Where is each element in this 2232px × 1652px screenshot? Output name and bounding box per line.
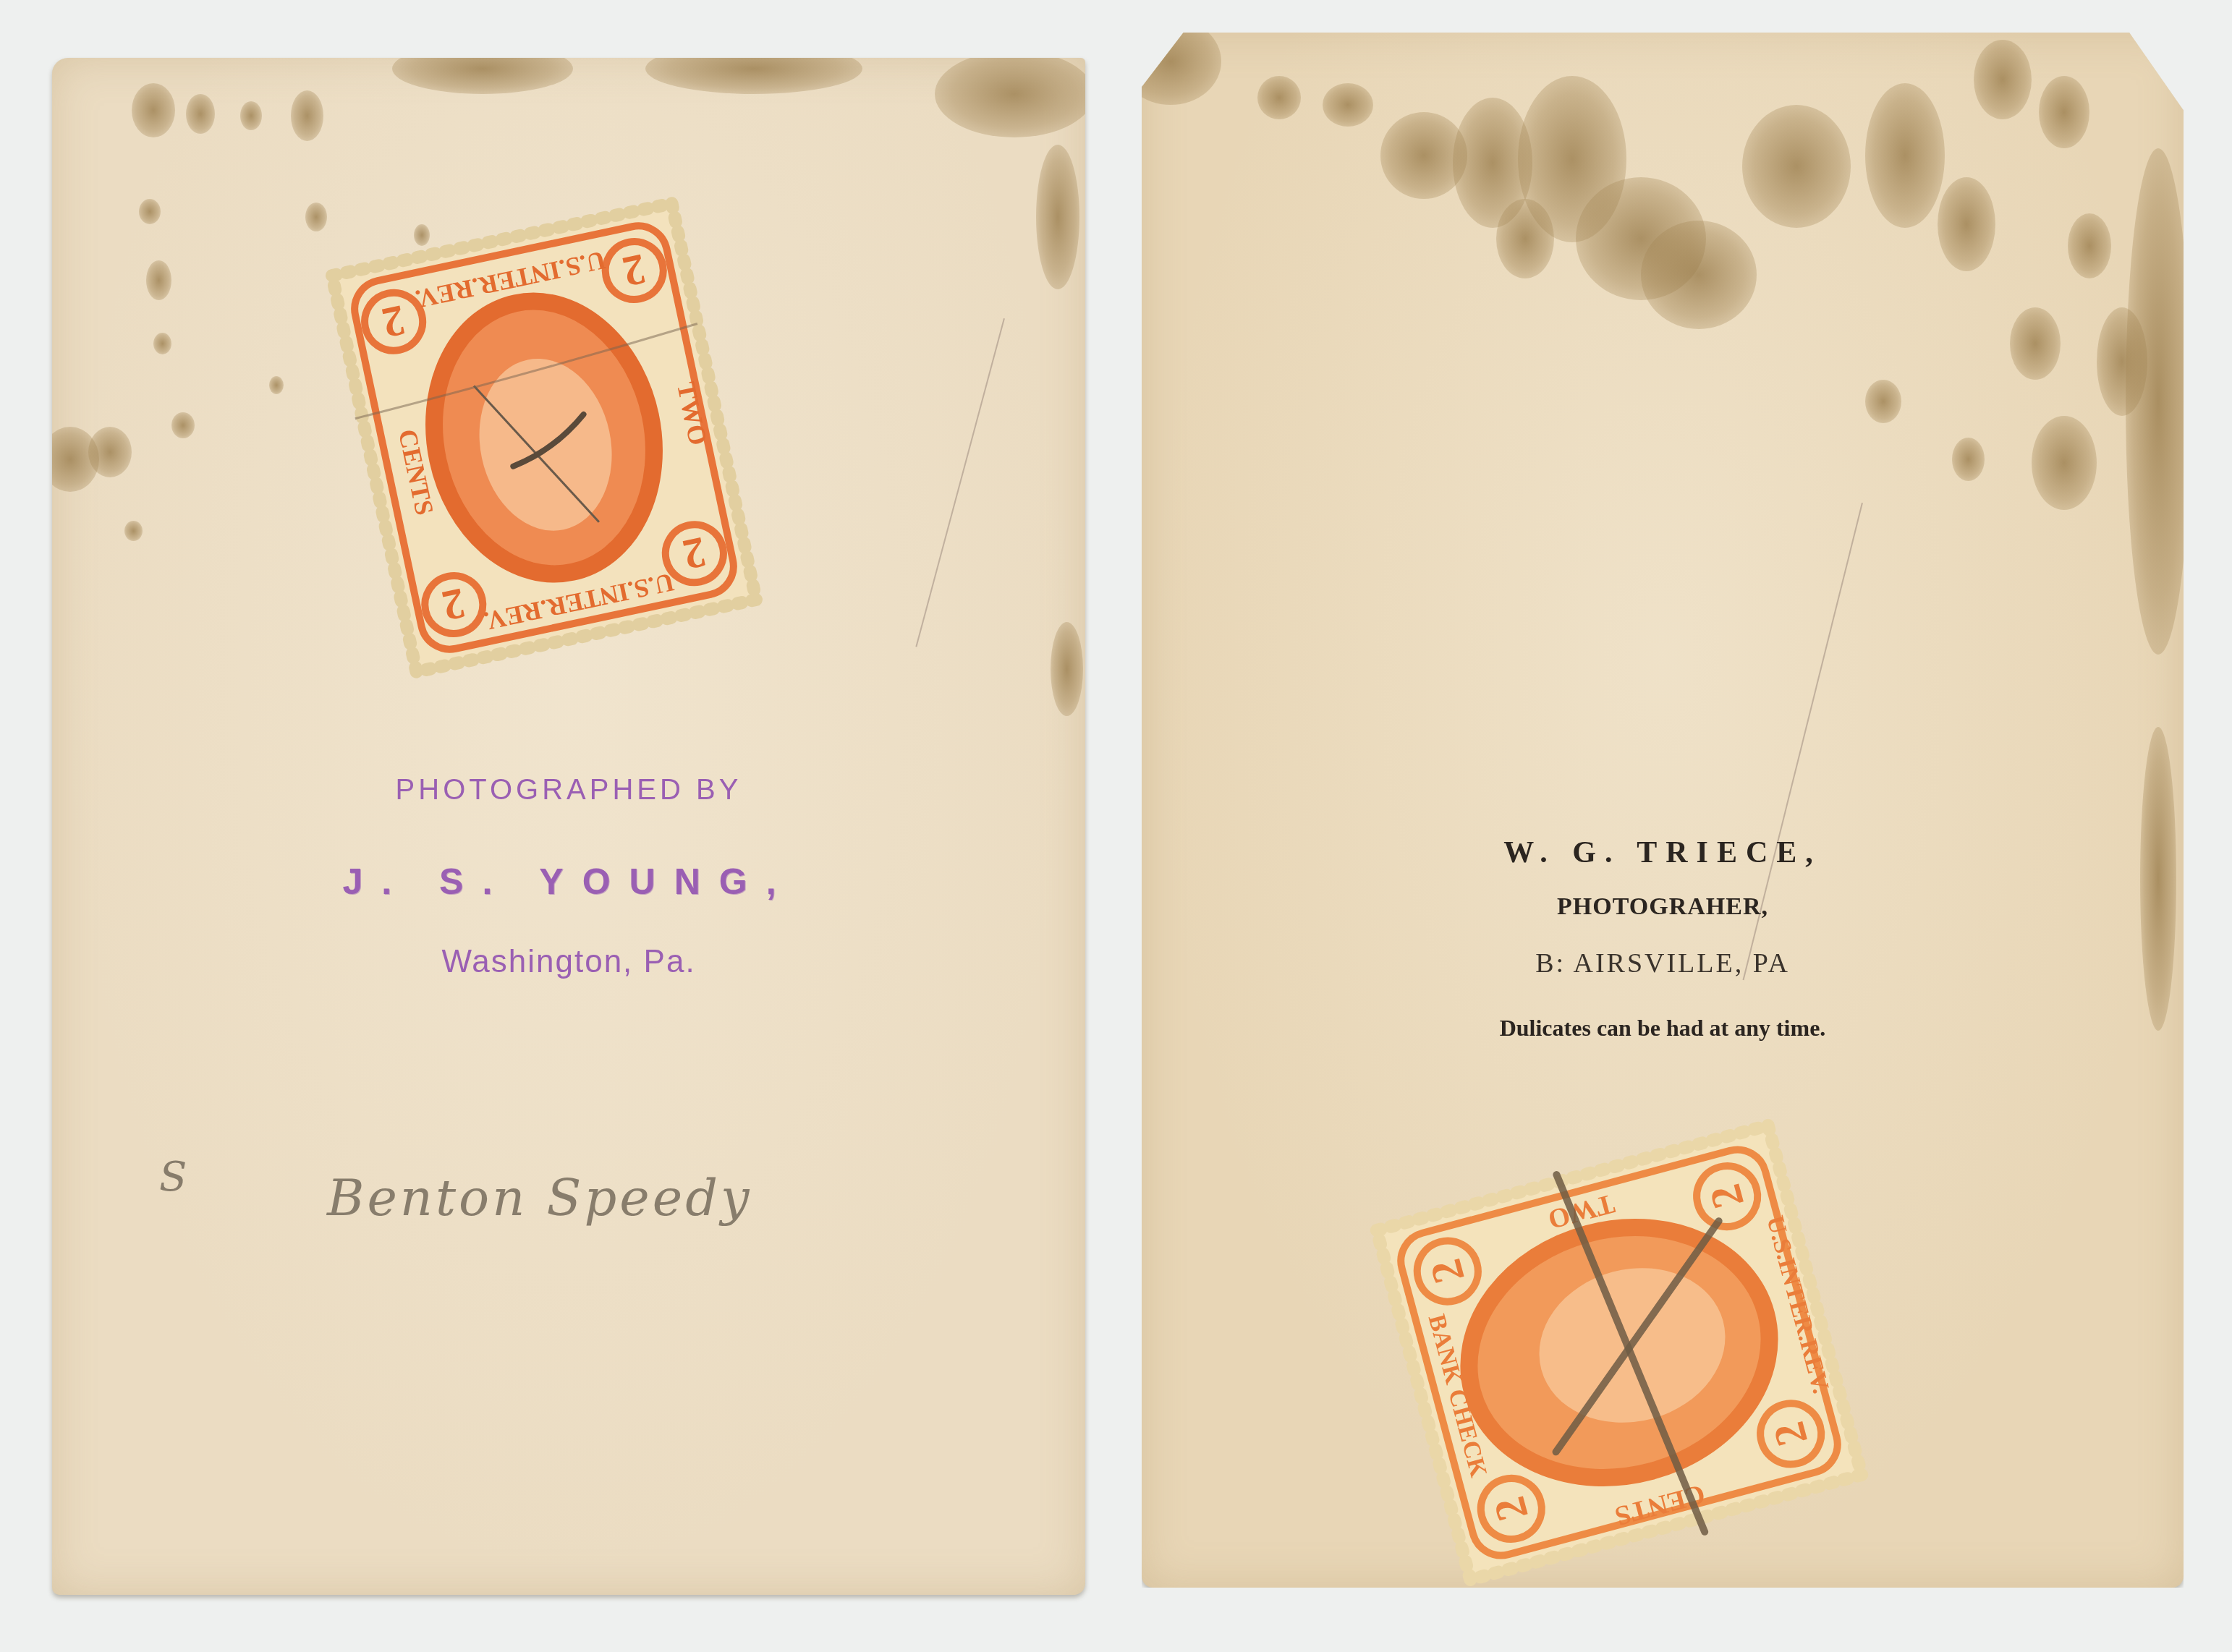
duplicates-notice: Dulicates can be had at any time. (1142, 1015, 2184, 1042)
handwritten-name: Benton Speedy (327, 1168, 752, 1227)
photographer-caption: PHOTOGRAPHED BY (52, 774, 1085, 806)
foxing-stain (52, 427, 99, 492)
foxing-stain (1380, 112, 1467, 199)
foxing-stain (2032, 416, 2097, 510)
foxing-stain (2039, 76, 2089, 148)
foxing-stain (1036, 145, 1079, 289)
foxing-stain (186, 94, 215, 134)
photographer-location: Washington, Pa. (52, 944, 1085, 980)
card-left-jsyoung: 2 2 2 2 U.S.INTER.REV. U.S.INTER.REV. CE… (52, 58, 1085, 1595)
photographer-location: B: AIRSVILLE, PA (1142, 948, 2184, 979)
card-right-wgtriece: W. G. TRIECE, PHOTOGRAHER, B: AIRSVILLE,… (1142, 33, 2184, 1588)
foxing-stain (171, 412, 195, 438)
foxing-stain (269, 376, 284, 394)
photographer-title: PHOTOGRAHER, (1142, 893, 2184, 921)
foxing-stain (392, 58, 573, 94)
photographer-name: J. S. YOUNG, (52, 861, 1085, 903)
foxing-stain (1518, 76, 1626, 242)
foxing-stain (1142, 33, 1221, 105)
foxing-stain (1938, 177, 1995, 271)
foxing-stain (2140, 727, 2176, 1031)
foxing-stain (2068, 213, 2111, 278)
foxing-stain (1742, 105, 1851, 228)
handwritten-mark: S (159, 1154, 187, 1201)
foxing-stain (1865, 380, 1901, 423)
foxing-stain (132, 83, 175, 137)
foxing-stain (1865, 83, 1945, 228)
stamp-graphic: 2 2 2 2 TWO CENTS BANK CHECK U.S.INTER.R… (1341, 1090, 1897, 1588)
foxing-stain (2010, 307, 2061, 380)
foxing-stain (1453, 98, 1532, 228)
foxing-stain (1496, 199, 1554, 278)
foxing-stain (1641, 221, 1757, 329)
foxing-stain (88, 427, 132, 477)
foxing-stain (1974, 40, 2032, 119)
revenue-stamp-right: 2 2 2 2 TWO CENTS BANK CHECK U.S.INTER.R… (1341, 1090, 1897, 1588)
foxing-stain (153, 333, 171, 354)
stamp-graphic: 2 2 2 2 U.S.INTER.REV. U.S.INTER.REV. CE… (298, 169, 791, 706)
foxing-stain (146, 260, 171, 300)
foxing-stain (645, 58, 862, 94)
foxing-stain (305, 203, 327, 231)
foxing-stain (291, 90, 323, 141)
foxing-stain (240, 101, 262, 130)
foxing-stain (1952, 438, 1985, 481)
foxing-stain (2097, 307, 2147, 416)
foxing-stain (139, 199, 161, 224)
foxing-stain (2126, 148, 2184, 655)
revenue-stamp-left: 2 2 2 2 U.S.INTER.REV. U.S.INTER.REV. CE… (298, 169, 791, 706)
pencil-mark (915, 318, 1005, 647)
foxing-stain (1051, 622, 1083, 716)
photographer-name: W. G. TRIECE, (1142, 835, 2184, 870)
foxing-stain (1323, 83, 1373, 127)
foxing-stain (124, 521, 143, 541)
foxing-stain (1257, 76, 1301, 119)
foxing-stain (1576, 177, 1706, 300)
foxing-stain (935, 58, 1085, 137)
